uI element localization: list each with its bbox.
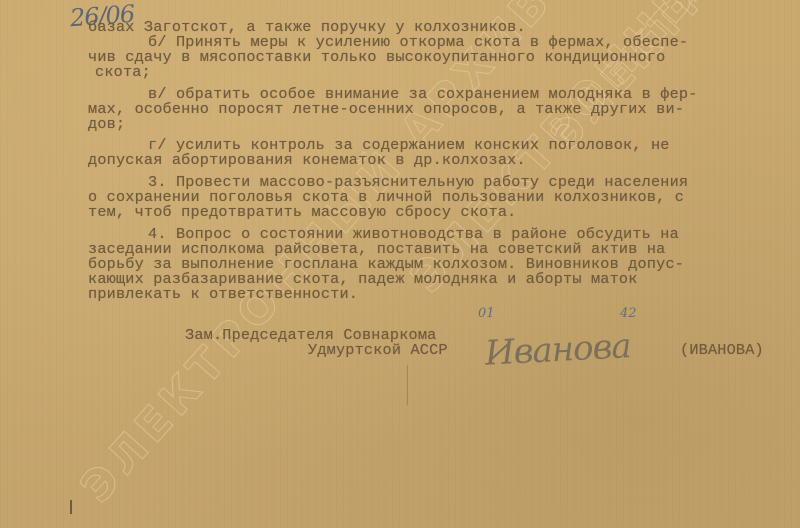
handwritten-signature: Иванова bbox=[484, 326, 632, 374]
paper-crease bbox=[407, 365, 408, 405]
date-mark: 01 bbox=[478, 306, 495, 321]
signatory-name: (ИВАНОВА) bbox=[680, 343, 764, 358]
text-line: дов; bbox=[88, 117, 125, 132]
text-line: скота; bbox=[95, 65, 151, 80]
text-line: чив сдачу в мясопоставки только высокоуп… bbox=[88, 50, 665, 65]
text-line: мах, особенно поросят летне-осенних опор… bbox=[88, 102, 684, 117]
paper-speck bbox=[70, 500, 72, 514]
text-line: тем, чтоб предотвратить массовую сбросу … bbox=[88, 205, 516, 220]
date-mark: 42 bbox=[620, 306, 637, 321]
signatory-organization: Удмуртской АССР bbox=[308, 343, 448, 358]
text-line: допуская абортирования конематок в др.ко… bbox=[88, 153, 526, 168]
text-line: привлекать к ответственности. bbox=[88, 287, 358, 302]
